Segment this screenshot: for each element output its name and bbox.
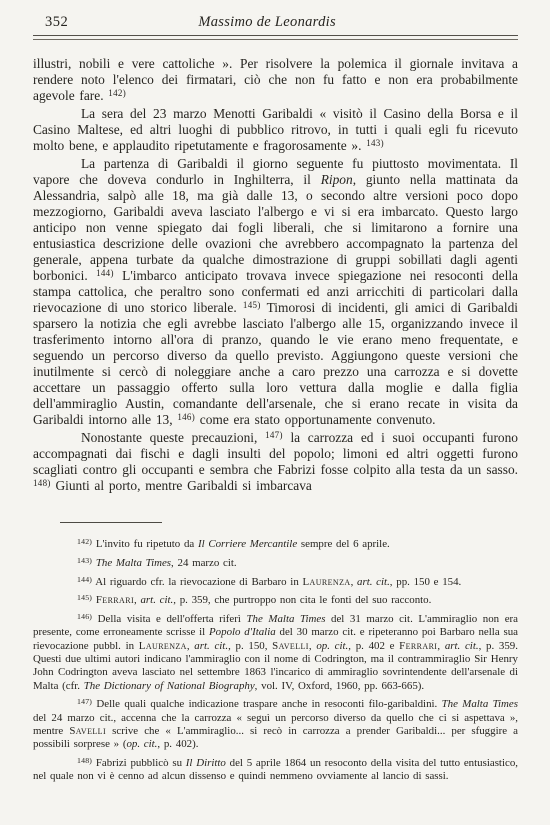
text-segment: art. cit.: [445, 640, 479, 652]
paragraph: illustri, nobili e vere cattoliche ». Pe…: [33, 56, 518, 104]
footnote-separator: [60, 522, 162, 523]
text-segment: Timorosi di incidenti, gli amici di Gari…: [33, 300, 518, 427]
text-segment: , 24 marzo cit.: [171, 557, 237, 569]
footnote: 143) The Malta Times, 24 marzo cit.: [33, 557, 518, 570]
paragraph: La partenza di Garibaldi il giorno segue…: [33, 156, 518, 428]
text-segment: illustri, nobili e vere cattoliche ». Pe…: [33, 56, 518, 103]
footnote: 144) Al riguardo cfr. la rievocazione di…: [33, 576, 518, 589]
text-segment: , giunto nella mattinata da Alessandria,…: [33, 172, 518, 283]
text-segment: The Malta Times: [96, 557, 171, 569]
text-segment: , pp. 150 e 154.: [390, 576, 461, 588]
text-segment: The Malta Times: [442, 698, 518, 710]
text-segment: Fabrizi pubblicò su: [92, 757, 186, 769]
footnotes: 142) L'invito fu ripetuto da Il Corriere…: [33, 538, 518, 784]
text-segment: ,: [437, 640, 444, 652]
text-segment: Savelli: [272, 640, 309, 652]
footnote: 146) Della visita e dell'offerta riferì …: [33, 613, 518, 693]
footnote-reference: 142): [108, 88, 126, 98]
footnote: 145) Ferrari, art. cit., p. 359, che pur…: [33, 594, 518, 607]
text-segment: Ripon: [321, 172, 353, 187]
footnote-reference: 144): [96, 268, 114, 278]
text-segment: Laurenza: [139, 640, 187, 652]
text-segment: Il Corriere Mercantile: [198, 538, 297, 550]
text-segment: Laurenza: [303, 576, 351, 588]
text-segment: Delle quali qualche indicazione traspare…: [92, 698, 442, 710]
text-segment: Al riguardo cfr. la rievocazione di Barb…: [92, 576, 302, 588]
footnote-reference: 143): [77, 556, 92, 565]
footnote-reference: 145): [243, 300, 261, 310]
text-segment: Ferrari: [96, 594, 134, 606]
text-segment: Nonostante queste precauzioni,: [81, 430, 265, 445]
text-segment: op. cit.: [316, 640, 348, 652]
footnote: 148) Fabrizi pubblicò su Il Diritto del …: [33, 757, 518, 784]
text-segment: , p. 150,: [228, 640, 272, 652]
text-segment: come era stato opportunamente convenuto.: [195, 412, 436, 427]
text-segment: , p. 402 e: [348, 640, 399, 652]
text-segment: L'invito fu ripetuto da: [92, 538, 198, 550]
footnote-reference: 142): [77, 537, 92, 546]
text-segment: The Malta Times: [247, 613, 326, 625]
running-header: 352 Massimo de Leonardis: [33, 14, 518, 33]
text-segment: Il Diritto: [186, 757, 226, 769]
footnote-reference: 144): [77, 575, 92, 584]
text-segment: art. cit.: [140, 594, 173, 606]
text-segment: , p. 359, che purtroppo non cita le font…: [173, 594, 431, 606]
text-segment: Giunti al porto, mentre Garibaldi si imb…: [51, 478, 312, 493]
text-segment: art. cit.: [194, 640, 228, 652]
text-segment: , p. 402).: [157, 738, 198, 750]
paragraph: Nonostante queste precauzioni, 147) la c…: [33, 430, 518, 494]
footnote: 142) L'invito fu ripetuto da Il Corriere…: [33, 538, 518, 551]
text-segment: Savelli: [69, 725, 106, 737]
footnote: 147) Delle quali qualche indicazione tra…: [33, 698, 518, 751]
footnote-reference: 143): [366, 138, 384, 148]
text-segment: Ferrari: [399, 640, 437, 652]
text-segment: , vol. IV, Oxford, 1960, pp. 663-665).: [255, 680, 424, 692]
footnote-reference: 148): [77, 756, 92, 765]
footnote-reference: 145): [77, 593, 92, 602]
footnote-reference: 146): [77, 612, 92, 621]
body-text: illustri, nobili e vere cattoliche ». Pe…: [33, 56, 518, 494]
book-page: 352 Massimo de Leonardis illustri, nobil…: [0, 0, 550, 825]
text-segment: art. cit.: [357, 576, 390, 588]
header-rule: [33, 35, 518, 40]
text-segment: op. cit.: [126, 738, 157, 750]
text-segment: La sera del 23 marzo Menotti Garibaldi «…: [33, 106, 518, 153]
text-segment: scrive che « L'ammiraglio... si recò in …: [33, 725, 518, 750]
footnote-reference: 147): [77, 697, 92, 706]
text-segment: sempre del 6 aprile.: [297, 538, 390, 550]
running-title: Massimo de Leonardis: [68, 14, 506, 31]
page-number: 352: [45, 14, 68, 31]
text-segment: Popolo d'Italia: [209, 626, 276, 638]
text-segment: The Dictionary of National Biography: [84, 680, 255, 692]
text-segment: Della visita e dell'offerta riferì: [92, 613, 246, 625]
paragraph: La sera del 23 marzo Menotti Garibaldi «…: [33, 106, 518, 154]
footnote-reference: 147): [265, 430, 283, 440]
footnote-reference: 148): [33, 478, 51, 488]
footnote-reference: 146): [177, 412, 195, 422]
